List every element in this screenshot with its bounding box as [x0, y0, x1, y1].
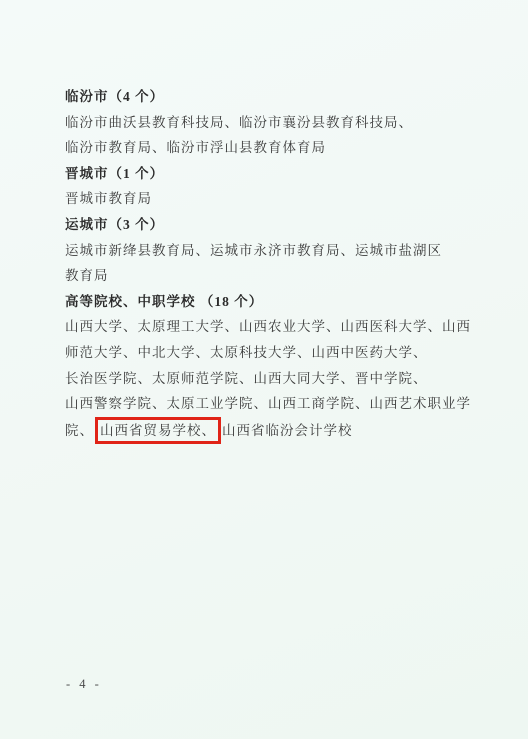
text-line: 运城市新绛县教育局、运城市永济市教育局、运城市盐湖区 — [65, 238, 495, 264]
section-heading: 临汾市（4 个） — [65, 84, 495, 110]
document-body: 临汾市（4 个） 临汾市曲沃县教育科技局、临汾市襄汾县教育科技局、 临汾市教育局… — [65, 84, 495, 442]
text-line: 教育局 — [65, 263, 495, 289]
text-line: 山西大学、太原理工大学、山西农业大学、山西医科大学、山西 — [65, 314, 495, 340]
text-line: 晋城市教育局 — [65, 186, 495, 212]
section-heading: 运城市（3 个） — [65, 212, 495, 238]
section-heading: 晋城市（1 个） — [65, 161, 495, 187]
document-page: 临汾市（4 个） 临汾市曲沃县教育科技局、临汾市襄汾县教育科技局、 临汾市教育局… — [0, 0, 528, 739]
text-segment: 院、 — [65, 423, 94, 438]
text-line-with-highlight: 院、山西省贸易学校、山西省临汾会计学校 — [65, 417, 495, 443]
text-segment: 山西省临汾会计学校 — [222, 423, 353, 438]
text-line: 长治医学院、太原师范学院、山西大同大学、晋中学院、 — [65, 366, 495, 392]
highlight-box: 山西省贸易学校、 — [95, 417, 221, 444]
text-line: 临汾市教育局、临汾市浮山县教育体育局 — [65, 135, 495, 161]
text-line: 临汾市曲沃县教育科技局、临汾市襄汾县教育科技局、 — [65, 110, 495, 136]
text-line: 山西警察学院、太原工业学院、山西工商学院、山西艺术职业学 — [65, 391, 495, 417]
section-heading: 高等院校、中职学校 （18 个） — [65, 289, 495, 315]
page-number: - 4 - — [66, 677, 102, 692]
text-line: 师范大学、中北大学、太原科技大学、山西中医药大学、 — [65, 340, 495, 366]
